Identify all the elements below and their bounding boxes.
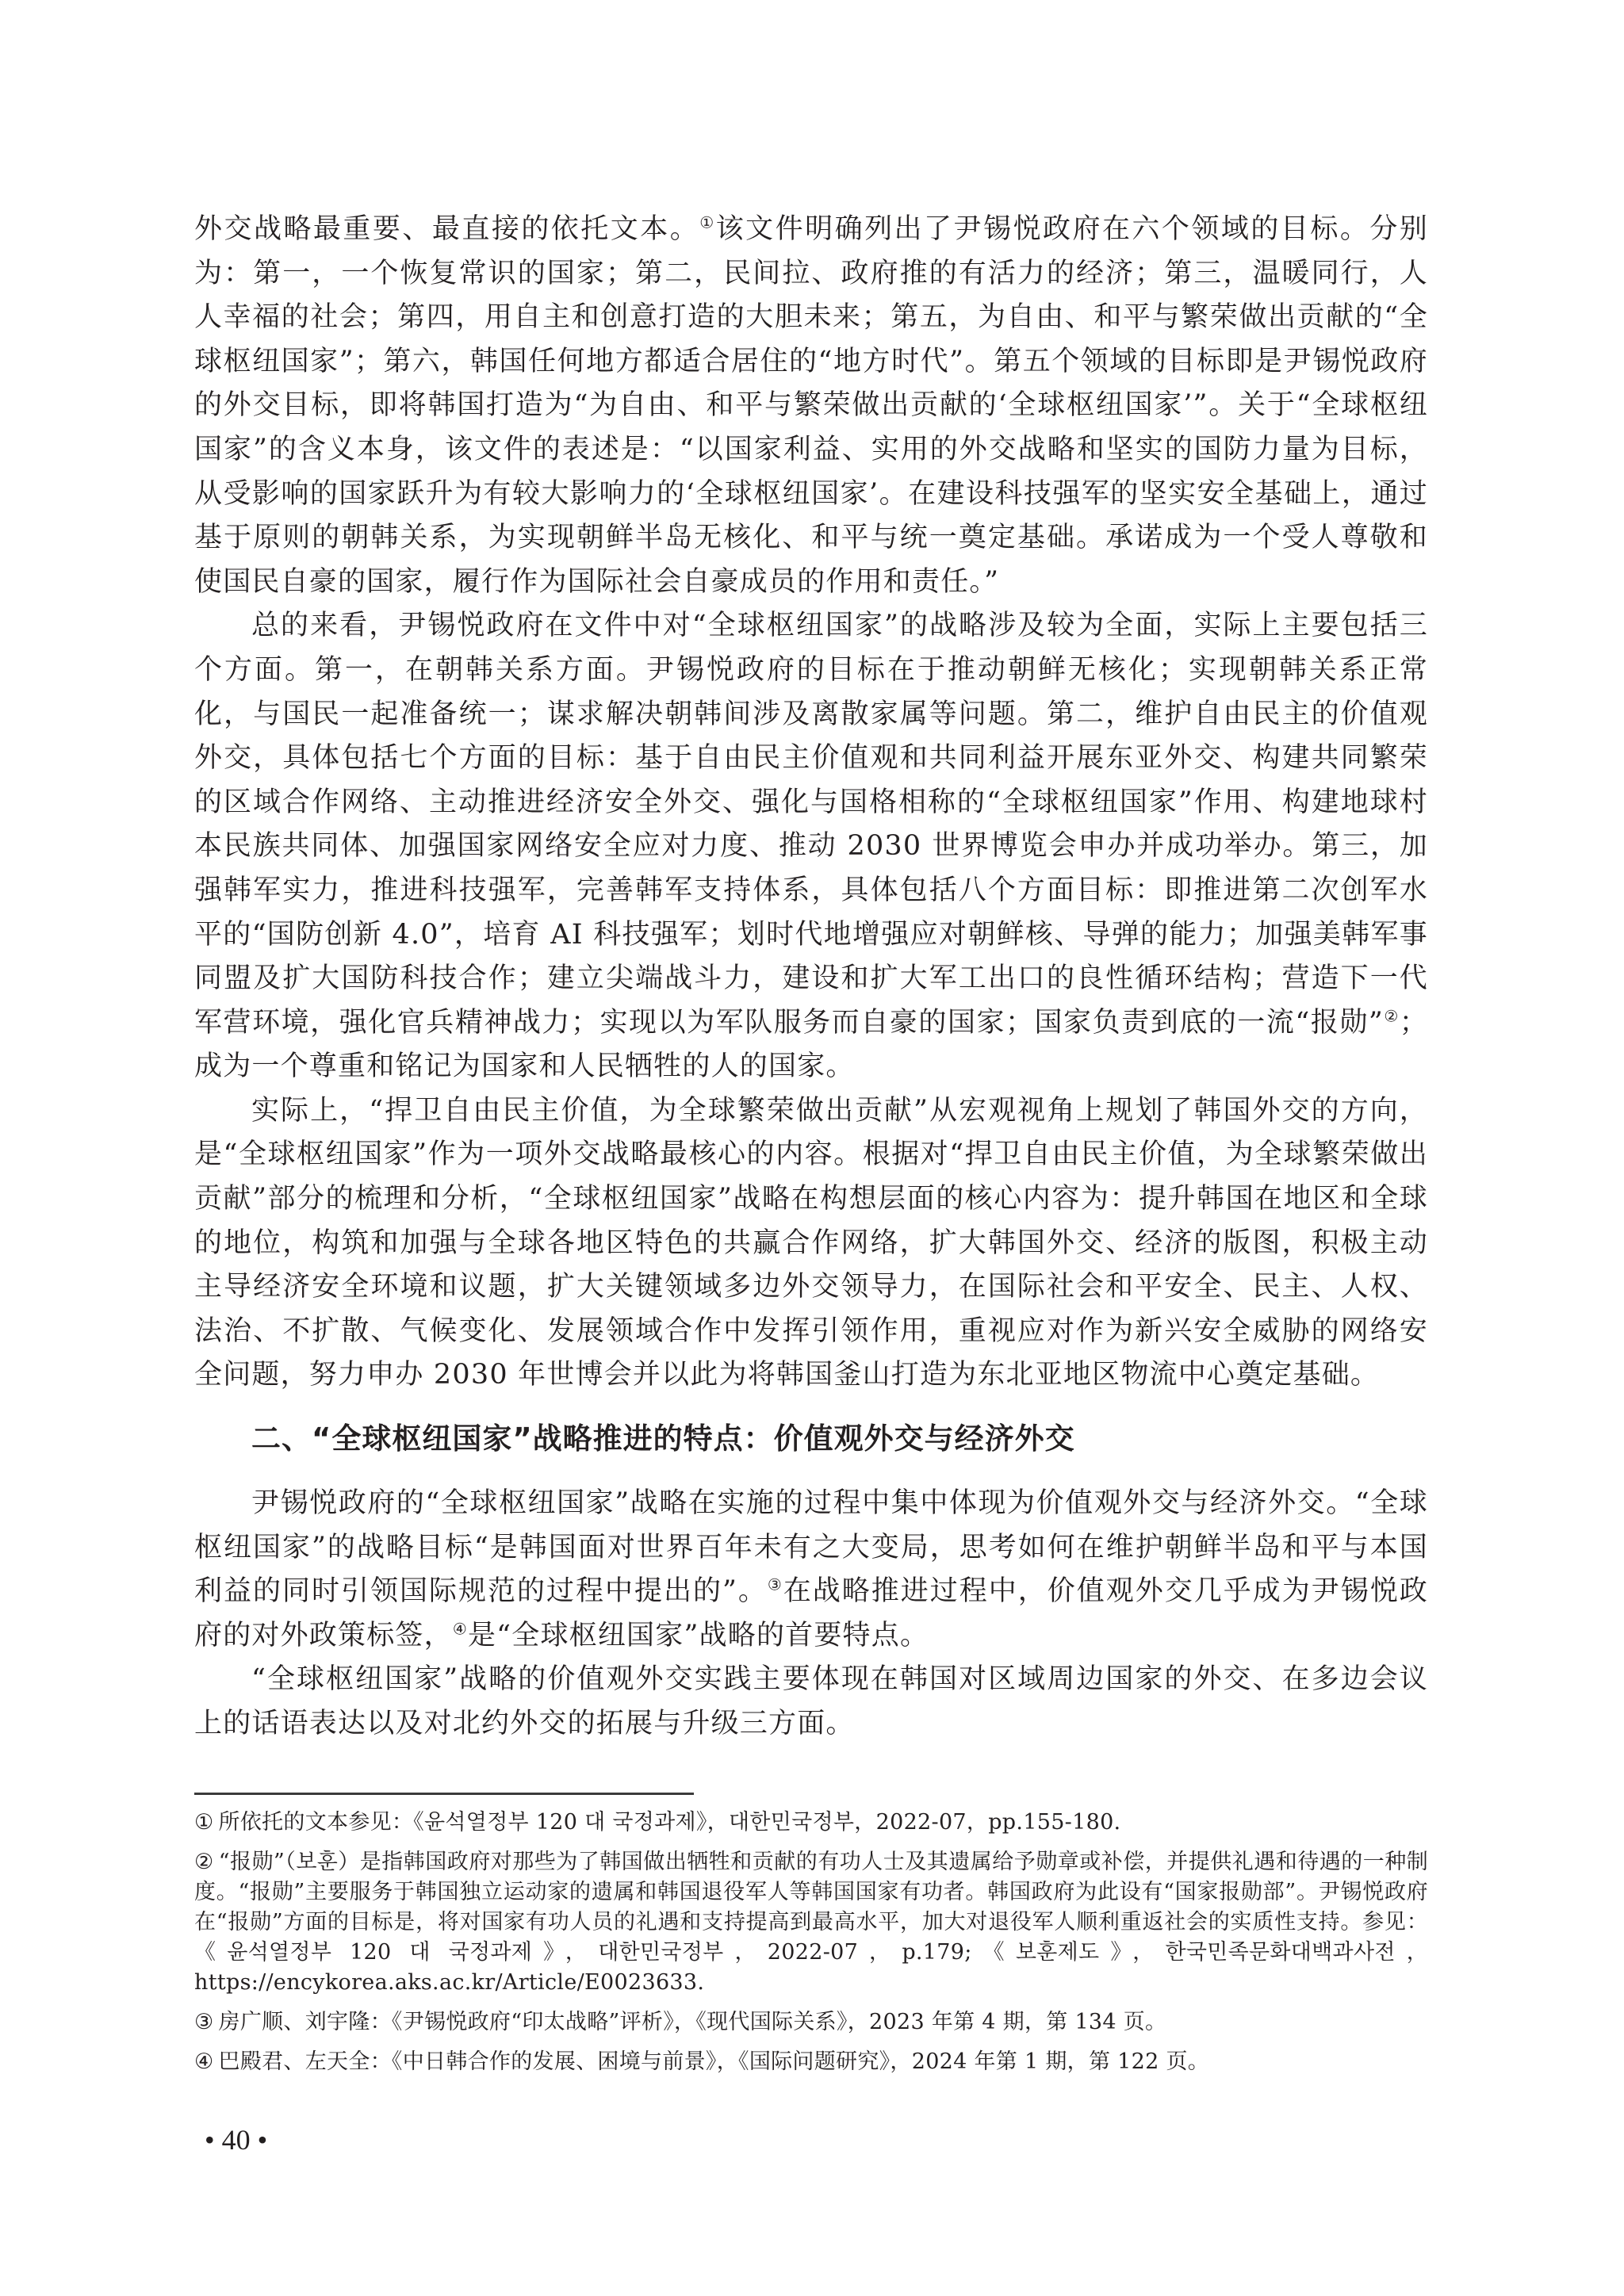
footnote-number: ③	[194, 2010, 214, 2034]
footnote-number: ④	[194, 2049, 214, 2074]
footnote-ref[interactable]: ④	[453, 1619, 468, 1638]
article-body: 外交战略最重要、最直接的依托文本。①该文件明确列出了尹锡悦政府在六个领域的目标。…	[194, 208, 1428, 1747]
footnote-number: ①	[194, 1810, 214, 1835]
paragraph: “全球枢纽国家”战略的价值观外交实践主要体现在韩国对区域周边国家的外交、在多边会…	[194, 1658, 1428, 1746]
paragraph-text: “全球枢纽国家”战略的价值观外交实践主要体现在韩国对区域周边国家的外交、在多边会…	[194, 1663, 1428, 1739]
paragraph-text: 外交战略最重要、最直接的依托文本。	[194, 213, 699, 245]
paragraphs-after-heading: 尹锡悦政府的“全球枢纽国家”战略在实施的过程中集中体现为价值观外交与经济外交。“…	[194, 1482, 1428, 1747]
footnote-text: 巴殿君、左天全：《中日韩合作的发展、困境与前景》，《国际问题研究》，2024 年…	[219, 2049, 1210, 2074]
footnote-separator	[194, 1793, 694, 1795]
paragraph: 实际上，“捍卫自由民主价值，为全球繁荣做出贡献”从宏观视角上规划了韩国外交的方向…	[194, 1089, 1428, 1398]
page-number: • 40 •	[205, 2123, 267, 2156]
footnote: ②“报勋”（보훈）是指韩国政府对那些为了韩国做出牺牲和贡献的有功人士及其遗属给予…	[194, 1847, 1428, 1998]
footnote-text: “报勋”（보훈）是指韩国政府对那些为了韩国做出牺牲和贡献的有功人士及其遗属给予勋…	[194, 1850, 1428, 1995]
paragraph-text: 是“全球枢纽国家”战略的首要特点。	[468, 1620, 929, 1651]
paragraph-text: 总的来看，尹锡悦政府在文件中对“全球枢纽国家”的战略涉及较为全面，实际上主要包括…	[194, 610, 1428, 1038]
paragraph: 外交战略最重要、最直接的依托文本。①该文件明确列出了尹锡悦政府在六个领域的目标。…	[194, 208, 1428, 604]
footnote-ref[interactable]: ②	[1384, 1006, 1400, 1025]
footnote-text: 所依托的文本参见：《윤석열정부 120 대 국정과제》，대한민국정부，2022-…	[219, 1810, 1121, 1835]
footnote-number: ②	[194, 1850, 214, 1874]
footnote-ref[interactable]: ③	[768, 1575, 783, 1594]
footnote: ④巴殿君、左天全：《中日韩合作的发展、困境与前景》，《国际问题研究》，2024 …	[194, 2047, 1428, 2077]
paragraph: 尹锡悦政府的“全球枢纽国家”战略在实施的过程中集中体现为价值观外交与经济外交。“…	[194, 1482, 1428, 1658]
footnote: ③房广顺、刘宇隆：《尹锡悦政府“印太战略”评析》，《现代国际关系》，2023 年…	[194, 2007, 1428, 2038]
section-heading: 二、“全球枢纽国家”战略推进的特点：价值观外交与经济外交	[251, 1417, 1428, 1461]
paragraph-text: 该文件明确列出了尹锡悦政府在六个领域的目标。分别为：第一，一个恢复常识的国家；第…	[194, 213, 1428, 598]
footnote: ①所依托的文本参见：《윤석열정부 120 대 국정과제》，대한민국정부，2022…	[194, 1808, 1428, 1838]
paragraph-text: 实际上，“捍卫自由民主价值，为全球繁荣做出贡献”从宏观视角上规划了韩国外交的方向…	[194, 1095, 1428, 1391]
footnotes: ①所依托的文本参见：《윤석열정부 120 대 국정과제》，대한민국정부，2022…	[194, 1808, 1428, 2087]
footnote-text: 房广顺、刘宇隆：《尹锡悦政府“印太战略”评析》，《现代国际关系》，2023 年第…	[219, 2010, 1167, 2034]
paragraph: 总的来看，尹锡悦政府在文件中对“全球枢纽国家”的战略涉及较为全面，实际上主要包括…	[194, 604, 1428, 1089]
paragraphs-before-heading: 外交战略最重要、最直接的依托文本。①该文件明确列出了尹锡悦政府在六个领域的目标。…	[194, 208, 1428, 1398]
footnote-ref[interactable]: ①	[699, 212, 715, 232]
